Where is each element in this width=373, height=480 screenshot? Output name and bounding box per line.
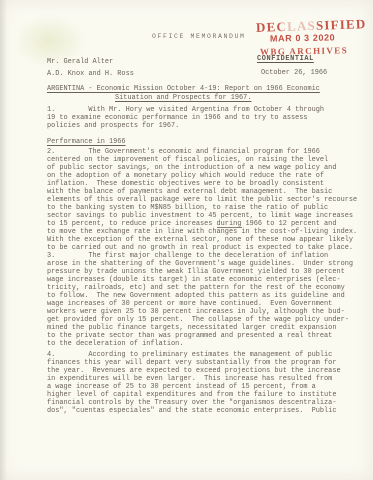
memo-header-title: OFFICE MEMORANDUM [152,33,246,40]
during-word-underline [217,227,242,228]
paragraph-4: 4. According to preliminary estimates th… [47,351,341,415]
section-heading-performance-1966: Performance in 1966 [47,138,126,146]
memo-subject: ARGENTINA - Economic Mission October 4-1… [47,85,320,103]
paragraph-2: 2. The Government's economic and financi… [47,148,357,252]
subject-line-2: Situation and Prospects for 1967. [115,94,320,103]
classification-label: CONFIDENTIAL [257,55,314,63]
memo-from-line: A.D. Knox and H. Ross [47,70,134,78]
memo-date: October 26, 1966 [261,69,327,77]
scan-edge-shadow [0,0,7,480]
document-page: OFFICE MEMORANDUM DECLASSIFIED MAR 0 3 2… [0,0,373,480]
subject-line-1: ARGENTINA - Economic Mission October 4-1… [47,85,320,94]
paragraph-1: 1. With Mr. Hory we visited Argentina fr… [47,106,324,130]
memo-to-line: Mr. Gerald Alter [47,58,113,66]
stamp-fade-overlay [282,16,316,34]
paragraph-3: 3. The first major challenge to the dece… [47,252,353,348]
declassified-date-stamp: MAR 0 3 2020 [270,32,335,43]
